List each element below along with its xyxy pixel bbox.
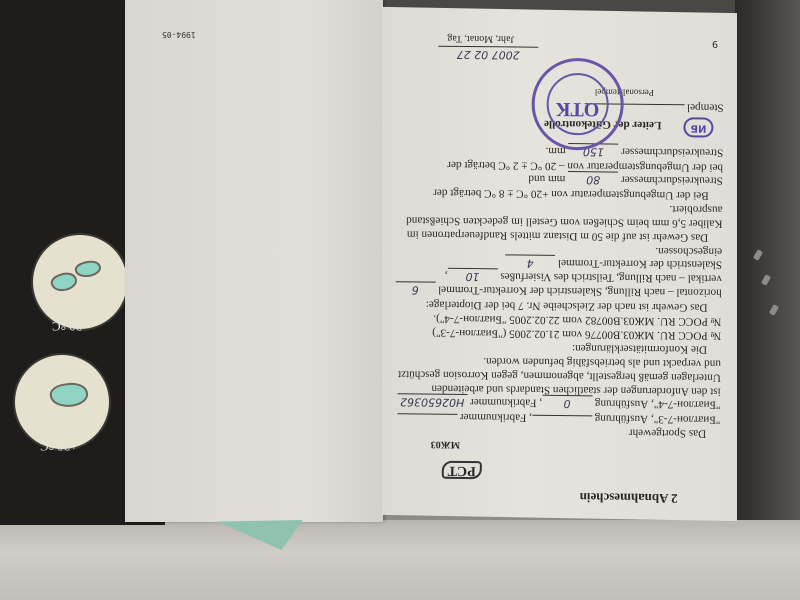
doc-line: Das Sportgewehr [629, 425, 707, 440]
print-code: 1994-05 [162, 30, 196, 39]
doc-line: Das Gewehr ist auf die 50 m Distanz mitt… [407, 227, 708, 244]
acceptance-certificate: 2 Abnahmeschein РСТ МЖ03 Das Sportgewehr… [392, 18, 732, 508]
doc-line: ausprobiert. [669, 201, 722, 215]
background-rack [735, 0, 800, 520]
doc-line: Bei der Umgebungstemperatur von +20 °C ±… [433, 185, 709, 202]
doc-line: № РОСС RU. МЖ03.В00776 vom 21.02.2005 ("… [432, 325, 721, 342]
target-label: +20 °C [40, 438, 77, 454]
rack-slot [753, 249, 763, 261]
hit-pattern [49, 269, 80, 295]
page-title: 2 Abnahmeschein [580, 490, 678, 505]
hit-pattern [48, 380, 90, 410]
ib-stamp: ИБ [683, 117, 713, 137]
cert-code: МЖ03 [431, 437, 460, 451]
date-label: Jahr, Monat, Tag [447, 31, 514, 45]
desk-surface [0, 520, 800, 600]
doc-line: Das Gewehr ist nach der Zielscheibe Nr. … [426, 297, 708, 314]
otk-round-stamp: ОТК [531, 58, 624, 151]
target-disc-plus20 [15, 355, 109, 449]
execution-value: 0 [542, 395, 592, 410]
doc-line: Die Konformitätserklärungen: [572, 340, 707, 355]
doc-line: und verpackt und als betriebsfähig befun… [483, 353, 721, 369]
rack-slot [769, 304, 779, 316]
hit-pattern [73, 258, 102, 280]
left-booklet-page: 1994-05 [125, 0, 383, 522]
target-disc-minus20 [33, 235, 127, 329]
serial-number: Н02650362 [397, 393, 467, 409]
date-field: 2007 02 27 [438, 46, 538, 62]
target-label: -20 °C [52, 318, 86, 334]
doc-line: bei der Umgebungstemperatur von – 20 °C … [447, 157, 723, 174]
doc-line: eingeschossen. [655, 243, 722, 257]
rst-cert-mark: РСТ [442, 461, 482, 479]
rack-slot [761, 274, 771, 286]
